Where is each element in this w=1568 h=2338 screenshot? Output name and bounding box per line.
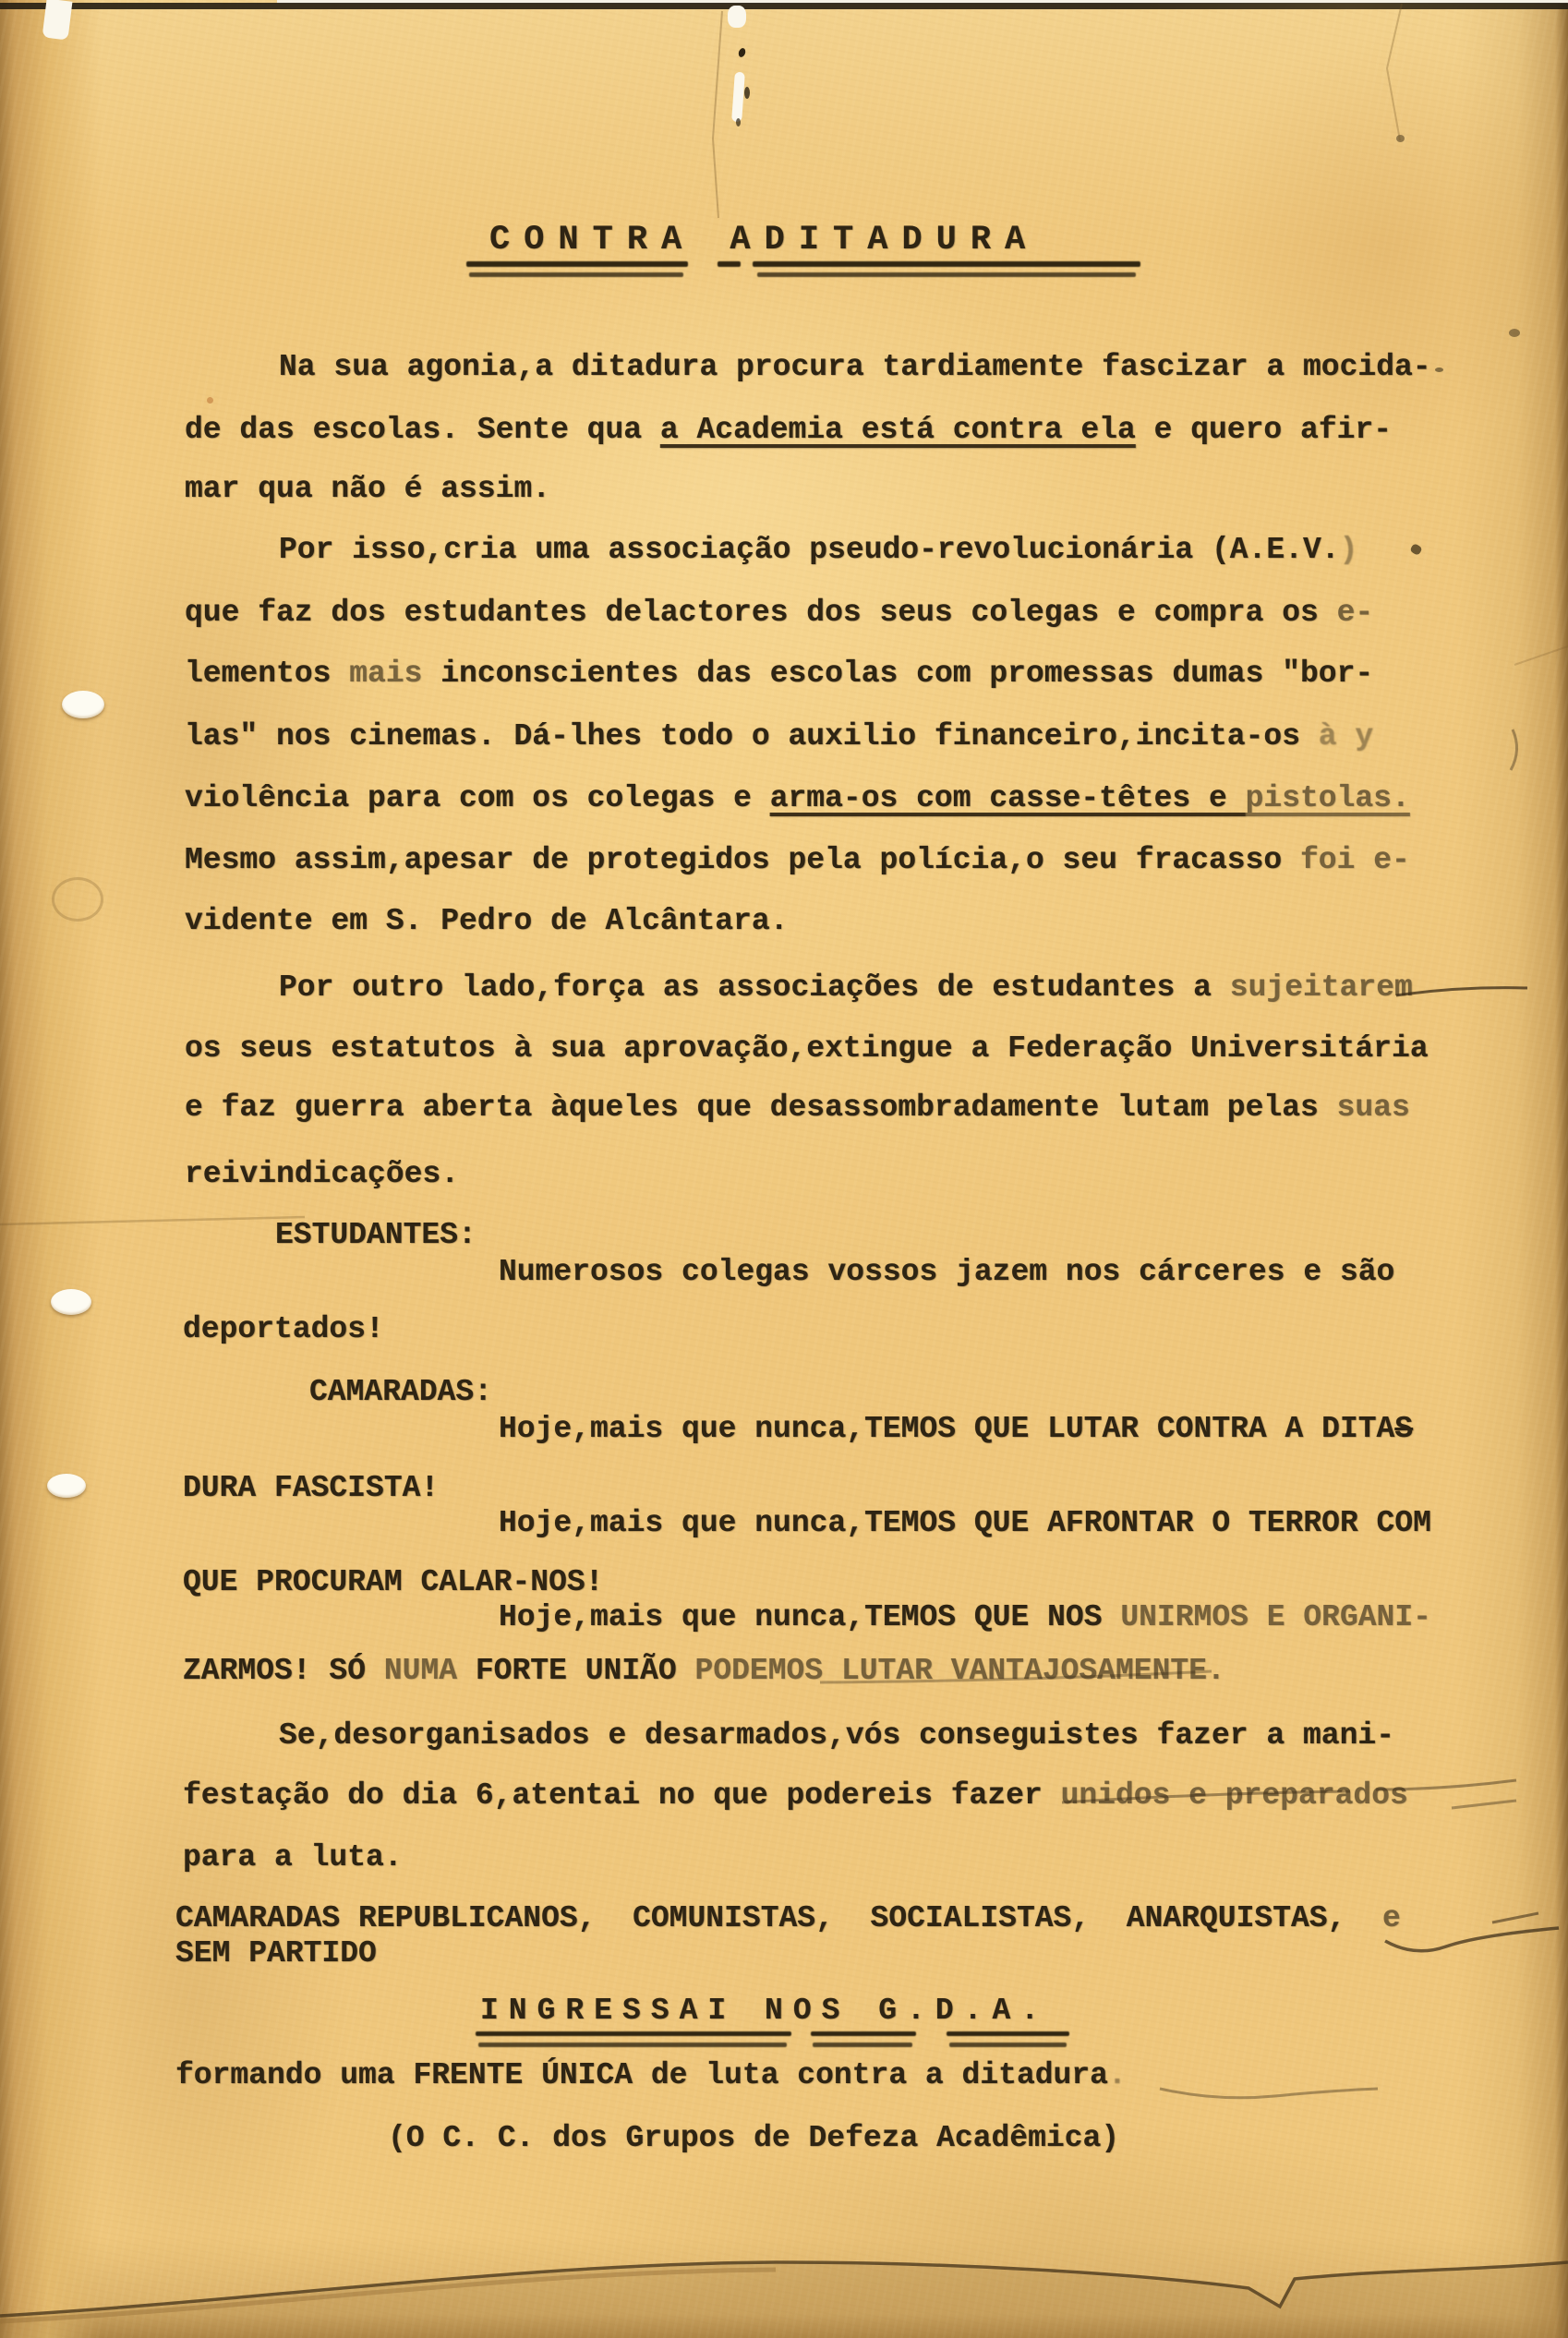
document-title: CONTRA ADITADURA xyxy=(489,222,1039,259)
ink-speck xyxy=(1435,368,1443,372)
text-segment: formando uma FRENTE ÚNICA de luta contra… xyxy=(175,2058,1108,2092)
text-line: Se,desorganisados e desarmados,vós conse… xyxy=(279,1717,1394,1754)
text-line: Hoje,mais que nunca,TEMOS QUE AFRONTAR O… xyxy=(499,1505,1431,1542)
text-segment: UNIRMOS E ORGANI- xyxy=(1120,1600,1431,1634)
text-segment: à y xyxy=(1300,719,1373,753)
underline-smudge-bar xyxy=(757,272,1136,277)
text-segment: os seus estatutos à sua aprovação,exting… xyxy=(185,1031,1429,1066)
text-line: Numerosos colegas vossos jazem nos cárce… xyxy=(499,1254,1394,1291)
text-segment: Mesmo assim,apesar de protegidos pela po… xyxy=(185,843,1300,877)
text-line: os seus estatutos à sua aprovação,exting… xyxy=(185,1030,1429,1067)
heading-estudantes: ESTUDANTES: xyxy=(275,1217,476,1254)
text-segment: PODEMOS LUTAR VANTAJOSAMENTE. xyxy=(695,1654,1225,1688)
text-segment: las" nos cinemas. Dá-lhes todo o auxilio… xyxy=(185,719,1300,753)
text-line: que faz dos estudantes delactores dos se… xyxy=(185,595,1373,632)
underline-smudge-bar xyxy=(753,261,1140,267)
text-line: para a luta. xyxy=(183,1839,403,1876)
underline-smudge-bar xyxy=(813,2043,912,2047)
text-line: Hoje,mais que nunca,TEMOS QUE LUTAR CONT… xyxy=(499,1411,1413,1448)
text-line: CAMARADAS REPUBLICANOS, COMUNISTAS, SOCI… xyxy=(175,1900,1401,1937)
text-segment: e- xyxy=(1319,596,1373,630)
text-line: Por isso,cria uma associação pseudo-revo… xyxy=(279,532,1357,569)
text-segment: pistolas. xyxy=(1246,781,1410,815)
text-line: de das escolas. Sente qua a Academia est… xyxy=(185,412,1392,449)
punch-hole xyxy=(51,1289,91,1315)
text-segment: foi e- xyxy=(1300,843,1410,877)
underline-smudge-bar xyxy=(949,2043,1067,2047)
punch-ring xyxy=(52,877,103,922)
text-line: e faz guerra aberta àqueles que desassom… xyxy=(185,1090,1410,1127)
text-line: Hoje,mais que nunca,TEMOS QUE NOS UNIRMO… xyxy=(499,1599,1431,1636)
text-line: las" nos cinemas. Dá-lhes todo o auxilio… xyxy=(185,718,1373,755)
text-line: Por outro lado,força as associações de e… xyxy=(279,970,1413,1006)
text-line: formando uma FRENTE ÚNICA de luta contra… xyxy=(175,2057,1127,2094)
ink-speck xyxy=(1509,329,1520,337)
text-segment: . xyxy=(1108,2058,1127,2092)
ink-speck xyxy=(744,87,750,99)
underline-smudge-bar xyxy=(476,2031,791,2036)
text-line: vidente em S. Pedro de Alcântara. xyxy=(185,903,789,940)
text-segment: a Academia está contra ela xyxy=(660,413,1136,447)
text-segment: e faz guerra aberta àqueles que desassom… xyxy=(185,1091,1337,1125)
underline-smudge-bar xyxy=(811,2031,916,2036)
text-segment: arma-os com casse-têtes e xyxy=(770,781,1246,815)
text-segment: Por outro lado,força as associações de e… xyxy=(279,970,1230,1005)
text-segment: (O C. C. dos Grupos de Defeza Acadêmica) xyxy=(388,2121,1119,2155)
text-segment: sujeitarem xyxy=(1230,970,1413,1005)
white-speck xyxy=(731,72,745,123)
scan-edge-white xyxy=(277,0,1568,4)
paper-stain xyxy=(1200,37,1568,462)
text-line: violência para com os colegas e arma-os … xyxy=(185,780,1410,817)
text-line: DURA FASCISTA! xyxy=(183,1470,439,1507)
underline-smudge-bar xyxy=(947,2031,1069,2036)
underline-smudge-bar xyxy=(469,272,683,277)
signature-line: (O C. C. dos Grupos de Defeza Acadêmica) xyxy=(388,2120,1119,2157)
text-segment: Na sua agonia,a ditadura procura tardiam… xyxy=(279,350,1431,384)
paper: CONTRA ADITADURANa sua agonia,a ditadura… xyxy=(0,0,1568,2338)
text-segment: para a luta. xyxy=(183,1840,403,1874)
screenshot-root: { "page": { "kind": "scanned typewritten… xyxy=(0,0,1568,2338)
top-edge xyxy=(0,3,1568,9)
text-segment: Hoje,mais que nunca,TEMOS QUE LUTAR CONT… xyxy=(499,1412,1394,1446)
text-line: SEM PARTIDO xyxy=(175,1935,377,1972)
text-line: Na sua agonia,a ditadura procura tardiam… xyxy=(279,349,1431,386)
text-segment: Por isso,cria uma associação pseudo-revo… xyxy=(279,533,1340,567)
text-segment: e xyxy=(1345,1901,1400,1935)
text-segment: festação do dia 6,atentai no que poderei… xyxy=(183,1778,1061,1813)
punch-hole xyxy=(62,691,104,718)
text-segment: inconscientes das escolas com promessas … xyxy=(422,657,1373,691)
text-line: QUE PROCURAM CALAR-NOS! xyxy=(183,1564,603,1601)
punch-hole xyxy=(47,1474,86,1498)
text-segment: S xyxy=(1394,1412,1413,1446)
text-segment: Hoje,mais que nunca,TEMOS QUE NOS xyxy=(499,1600,1120,1634)
heading-camaradas: CAMARADAS: xyxy=(309,1374,492,1411)
underline-smudge-bar xyxy=(466,261,688,267)
text-segment: reivindicações. xyxy=(185,1157,459,1191)
ink-speck xyxy=(207,397,213,404)
ink-speck xyxy=(736,118,741,127)
text-segment: CONTRA ADITADURA xyxy=(489,221,1039,259)
text-segment: CAMARADAS: xyxy=(309,1375,492,1409)
underline-smudge-bar xyxy=(478,2043,787,2047)
text-line: Mesmo assim,apesar de protegidos pela po… xyxy=(185,842,1410,879)
text-segment: ZARMOS! SÓ xyxy=(183,1654,384,1688)
text-segment: vidente em S. Pedro de Alcântara. xyxy=(185,904,789,938)
ink-speck xyxy=(1396,135,1405,142)
text-line: reivindicações. xyxy=(185,1156,459,1193)
text-segment: de das escolas. Sente qua xyxy=(185,413,660,447)
text-line: deportados! xyxy=(183,1311,384,1348)
text-segment: FORTE UNIÃO xyxy=(476,1654,695,1688)
text-segment: QUE PROCURAM CALAR-NOS! xyxy=(183,1565,603,1599)
white-speck xyxy=(728,6,746,28)
text-segment: mar qua não é assim. xyxy=(185,472,550,506)
text-segment: que faz dos estudantes delactores dos se… xyxy=(185,596,1319,630)
text-segment: Se,desorganisados e desarmados,vós conse… xyxy=(279,1718,1394,1753)
text-segment: suas xyxy=(1337,1091,1410,1125)
text-segment: SEM PARTIDO xyxy=(175,1936,377,1970)
text-line: mar qua não é assim. xyxy=(185,471,550,508)
text-segment: CAMARADAS REPUBLICANOS, COMUNISTAS, SOCI… xyxy=(175,1901,1345,1935)
white-notch xyxy=(42,0,73,41)
text-segment: INGRESSAI NOS G.D.A. xyxy=(480,1994,1049,2028)
underline-smudge-bar xyxy=(718,261,741,267)
text-segment: DURA FASCISTA! xyxy=(183,1471,439,1505)
call-to-action-line: INGRESSAI NOS G.D.A. xyxy=(480,1993,1049,2030)
text-line: ZARMOS! SÓ NUMA FORTE UNIÃO PODEMOS LUTA… xyxy=(183,1653,1225,1690)
text-segment: violência para com os colegas e xyxy=(185,781,770,815)
text-segment: ESTUDANTES: xyxy=(275,1218,476,1252)
text-segment: Hoje,mais que nunca,TEMOS QUE AFRONTAR O… xyxy=(499,1506,1431,1540)
text-segment: ) xyxy=(1340,533,1358,567)
text-segment: mais xyxy=(349,657,422,691)
ink-speck xyxy=(738,47,747,58)
text-segment: unidos e preparados xyxy=(1061,1778,1408,1813)
text-line: lementos mais inconscientes das escolas … xyxy=(185,656,1373,693)
text-line: festação do dia 6,atentai no que poderei… xyxy=(183,1778,1408,1814)
text-segment: Numerosos colegas vossos jazem nos cárce… xyxy=(499,1255,1394,1289)
text-segment: e quero afir- xyxy=(1136,413,1392,447)
text-segment: lementos xyxy=(185,657,349,691)
ink-speck xyxy=(1409,543,1423,556)
text-segment: NUMA xyxy=(384,1654,476,1688)
text-segment: deportados! xyxy=(183,1312,384,1346)
